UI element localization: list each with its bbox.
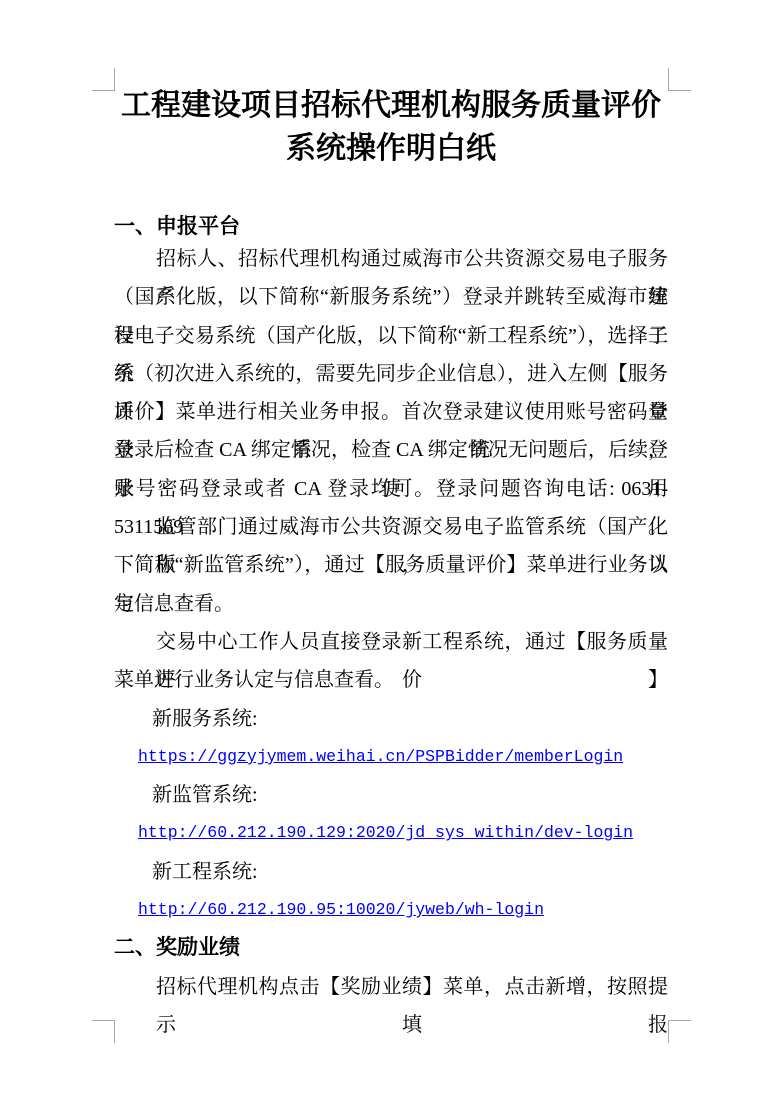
section-2-heading: 二、奖励业绩 bbox=[114, 929, 668, 967]
section-1-body: 招标人、招标代理机构通过威海市公共资源交易电子服务系统 （国产化版，以下简称“新… bbox=[114, 240, 668, 1006]
text-boundary-mark-bottom-left bbox=[92, 1020, 115, 1043]
paragraph-line: 监管部门通过威海市公共资源交易电子监管系统（国产化版，以 bbox=[114, 508, 668, 546]
paragraph-line: 登录后检查 CA 绑定情况，检查 CA 绑定情况无问题后，后续登录使用 bbox=[114, 431, 668, 469]
project-system-link[interactable]: http://60.212.190.95:10020/jyweb/wh-logi… bbox=[138, 900, 544, 919]
paragraph-line: 评价】菜单进行相关业务申报。首次登录建议使用账号密码登录系统， bbox=[114, 393, 668, 431]
paragraph-line: 下简称“新监管系统”），通过【服务质量评价】菜单进行业务认定 bbox=[114, 546, 668, 584]
project-system-link-line: http://60.212.190.95:10020/jyweb/wh-logi… bbox=[114, 891, 668, 929]
supervision-system-link[interactable]: http://60.212.190.129:2020/jd_sys_within… bbox=[138, 823, 633, 842]
paragraph-line: 程电子交易系统（国产化版，以下简称“新工程系统”），选择子系 bbox=[114, 317, 668, 355]
service-system-link-line: https://ggzyjymem.weihai.cn/PSPBidder/me… bbox=[114, 738, 668, 776]
paragraph-line: 统（初次进入系统的，需要先同步企业信息），进入左侧【服务质量 bbox=[114, 355, 668, 393]
supervision-system-label: 新监管系统: bbox=[114, 776, 668, 814]
paragraph-line: 招标代理机构点击【奖励业绩】菜单，点击新增，按照提示填报 bbox=[114, 968, 668, 1006]
text-boundary-mark-top-right bbox=[668, 68, 691, 91]
document-title: 工程建设项目招标代理机构服务质量评价 系统操作明白纸 bbox=[114, 84, 668, 170]
document-body: 工程建设项目招标代理机构服务质量评价 系统操作明白纸 一、申报平台 招标人、招标… bbox=[114, 84, 668, 1006]
paragraph-line: 交易中心工作人员直接登录新工程系统，通过【服务质量评价】 bbox=[114, 623, 668, 661]
text-boundary-mark-top-left bbox=[92, 68, 115, 91]
document-title-line-2: 系统操作明白纸 bbox=[114, 127, 668, 170]
section-1-heading: 一、申报平台 bbox=[114, 214, 668, 240]
paragraph-line: 招标人、招标代理机构通过威海市公共资源交易电子服务系统 bbox=[114, 240, 668, 278]
service-system-label: 新服务系统: bbox=[114, 700, 668, 738]
supervision-system-link-line: http://60.212.190.129:2020/jd_sys_within… bbox=[114, 814, 668, 852]
project-system-label: 新工程系统: bbox=[114, 853, 668, 891]
paragraph-line: 与信息查看。 bbox=[114, 585, 668, 623]
document-title-line-1: 工程建设项目招标代理机构服务质量评价 bbox=[114, 84, 668, 127]
service-system-link[interactable]: https://ggzyjymem.weihai.cn/PSPBidder/me… bbox=[138, 747, 623, 766]
paragraph-line: 账号密码登录或者 CA 登录均可。登录问题咨询电话: 0631-5311569。 bbox=[114, 470, 668, 508]
paragraph-line: （国产化版，以下简称“新服务系统”）登录并跳转至威海市建设工 bbox=[114, 278, 668, 316]
document-page: 工程建设项目招标代理机构服务质量评价 系统操作明白纸 一、申报平台 招标人、招标… bbox=[0, 0, 781, 1110]
text-boundary-mark-bottom-right bbox=[668, 1020, 691, 1043]
